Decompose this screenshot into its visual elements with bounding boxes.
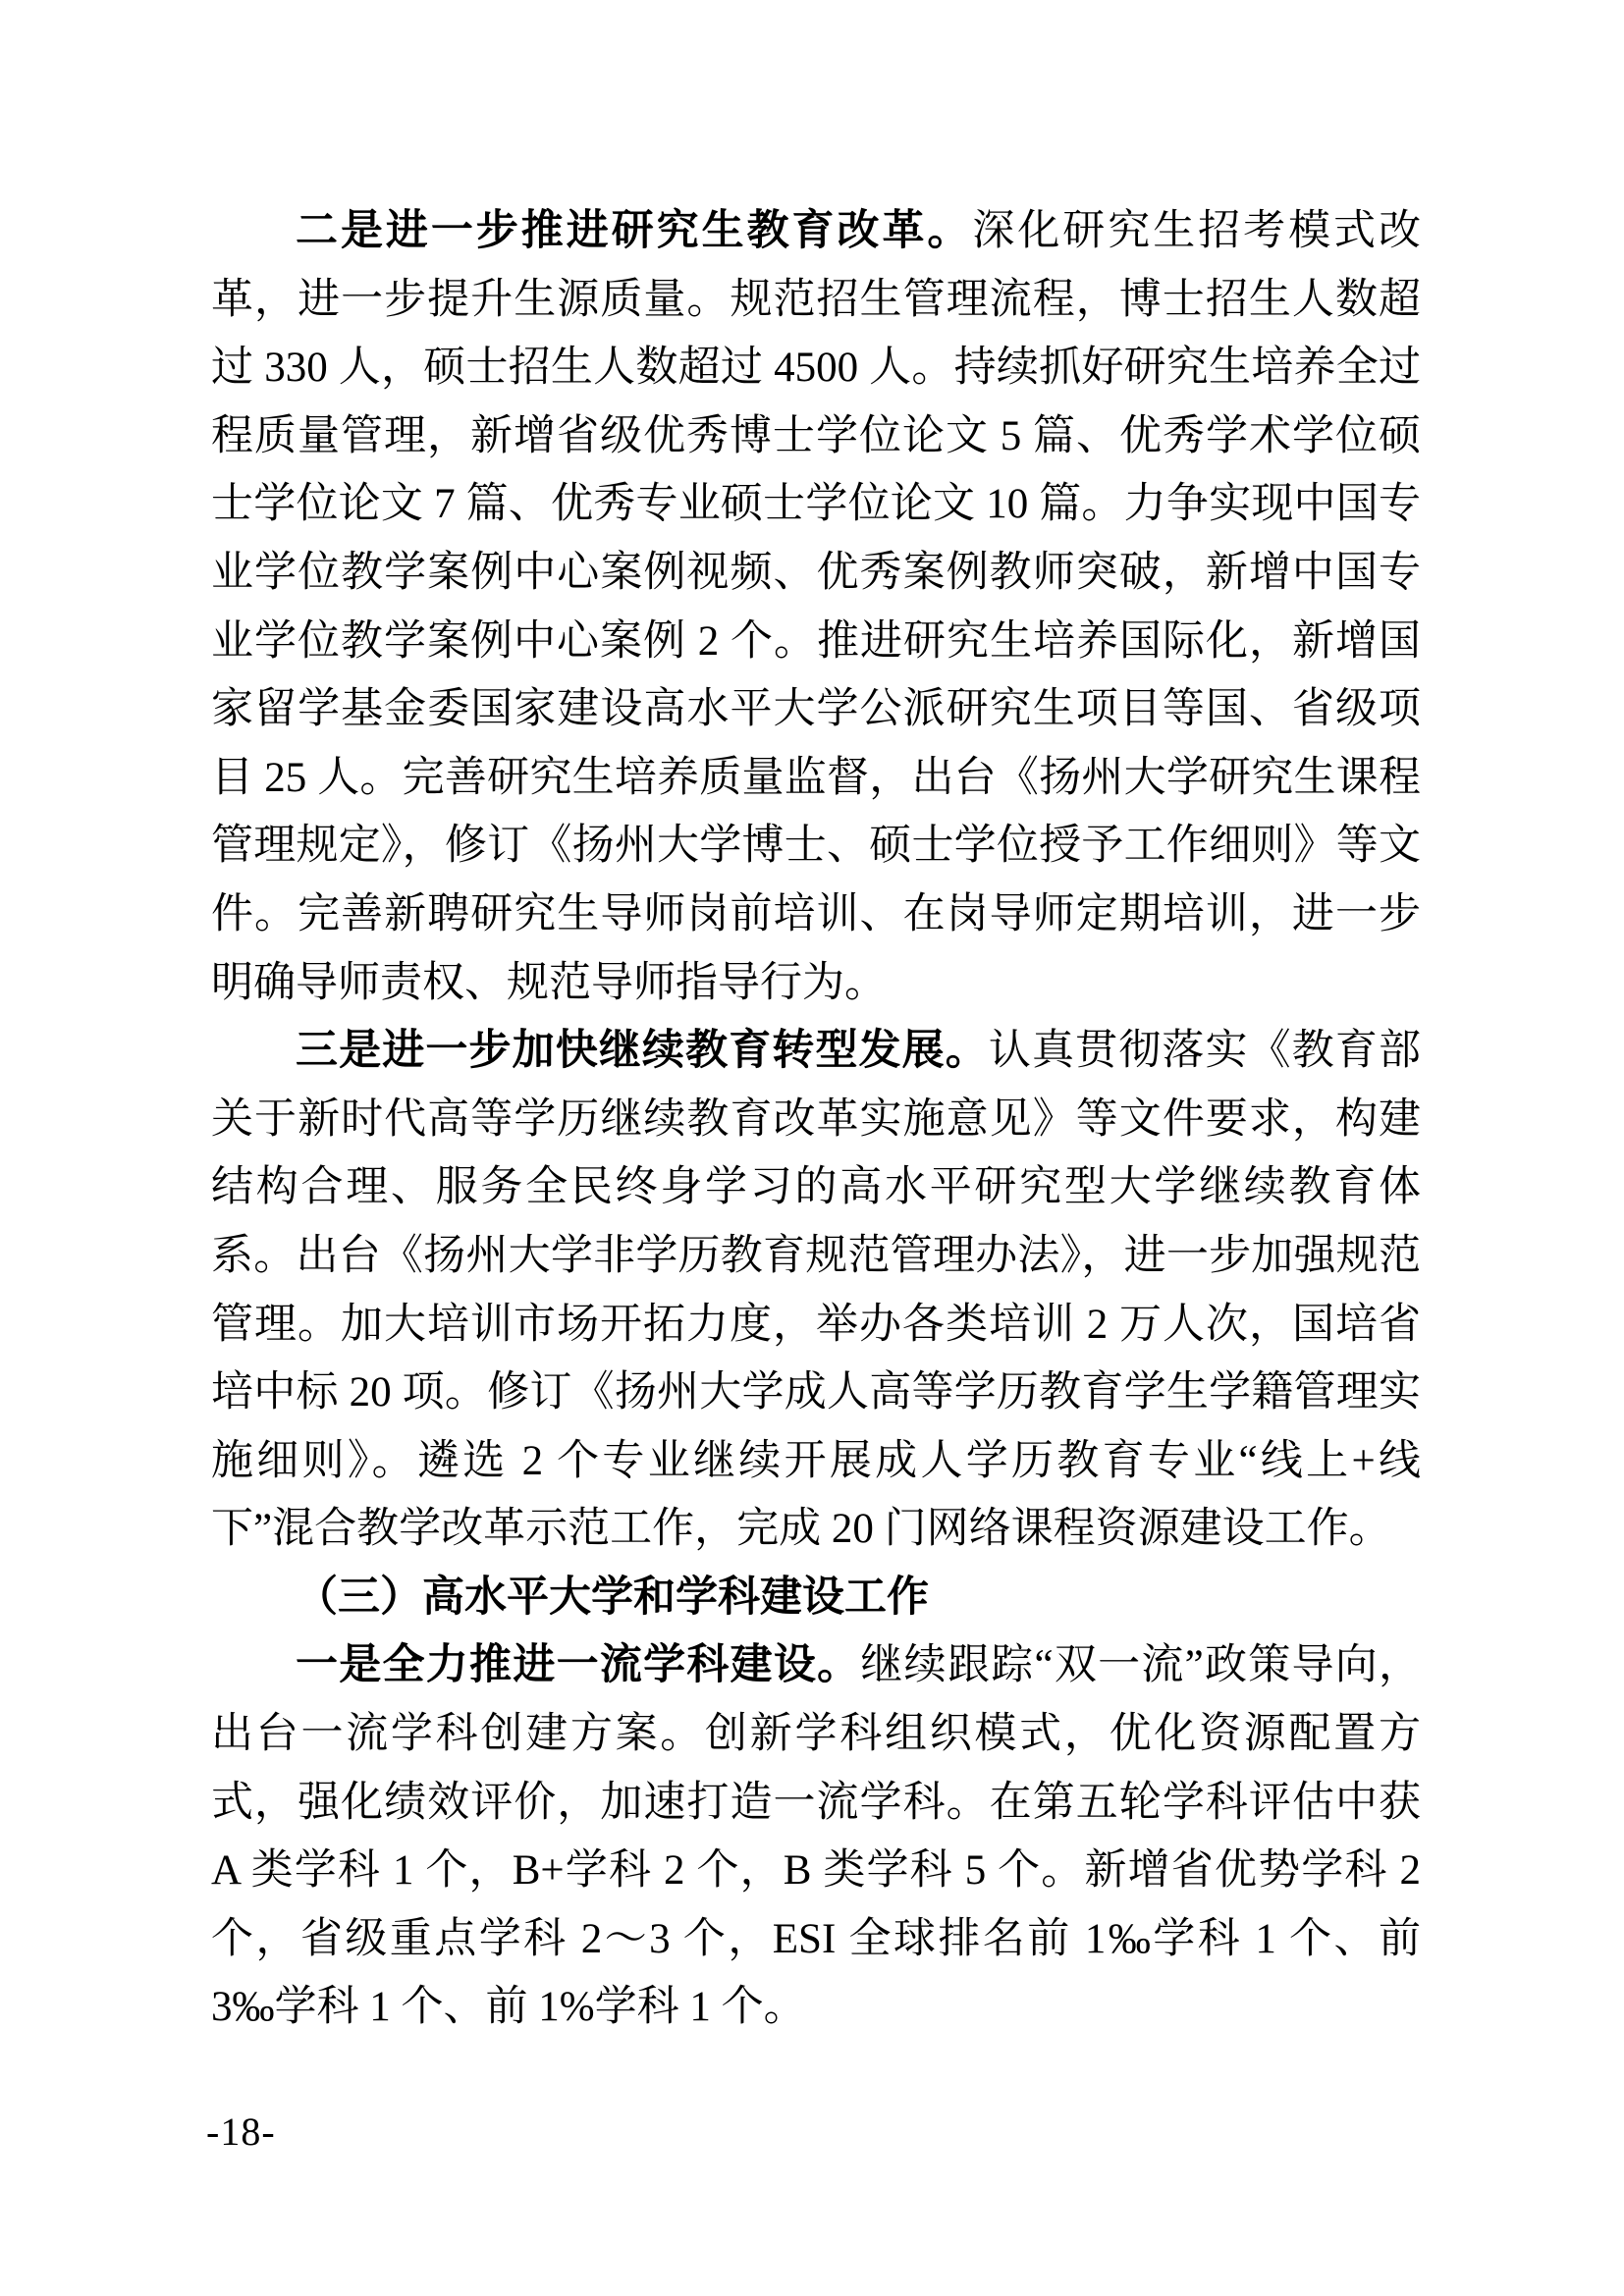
section-heading: （三）高水平大学和学科建设工作	[211, 1564, 1421, 1632]
document-body: 二是进一步推进研究生教育改革。深化研究生招考模式改革，进一步提升生源质量。规范招…	[211, 197, 1421, 2042]
paragraph-lead-emphasis: 一是全力推进一流学科建设。	[296, 1641, 860, 1688]
paragraph: 二是进一步推进研究生教育改革。深化研究生招考模式改革，进一步提升生源质量。规范招…	[211, 197, 1421, 1017]
paragraph-lead-emphasis: 三是进一步加快继续教育转型发展。	[296, 1027, 989, 1074]
page-number: -18-	[206, 2110, 276, 2154]
document-page: 二是进一步推进研究生教育改革。深化研究生招考模式改革，进一步提升生源质量。规范招…	[0, 0, 1624, 2296]
paragraph: 三是进一步加快继续教育转型发展。认真贯彻落实《教育部关于新时代高等学历继续教育改…	[211, 1017, 1421, 1564]
paragraph-lead-emphasis: 二是进一步推进研究生教育改革。	[296, 207, 972, 254]
paragraph: 一是全力推进一流学科建设。继续跟踪“双一流”政策导向，出台一流学科创建方案。创新…	[211, 1631, 1421, 2042]
